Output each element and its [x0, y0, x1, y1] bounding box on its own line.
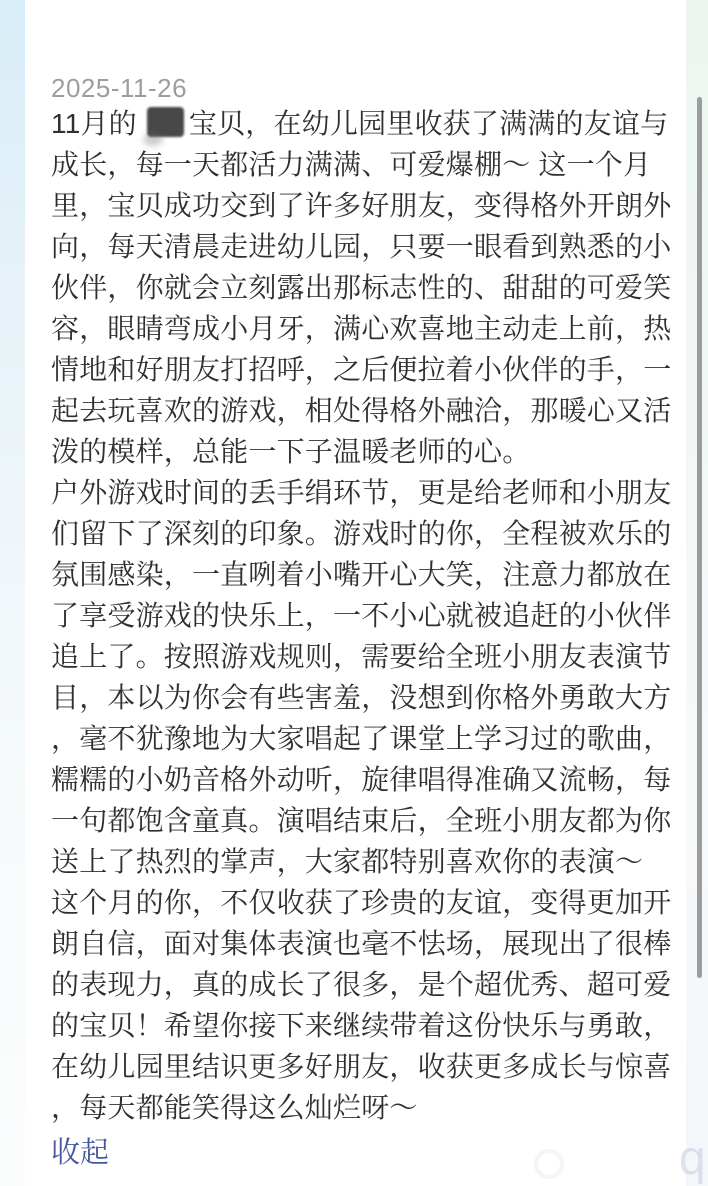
text-line: 了享受游戏的快乐上，一不小心就被追赶的小伙伴 — [51, 595, 674, 636]
watermark-circle-icon — [534, 1149, 564, 1179]
text-line: 这个月的你，不仅收获了珍贵的友谊，变得更加开 — [51, 882, 674, 923]
text-line: 氛围感染，一直咧着小嘴开心大笑，注意力都放在 — [51, 554, 674, 595]
text-line: 在幼儿园里结识更多好朋友，收获更多成长与惊喜 — [51, 1046, 674, 1087]
scrollbar-thumb[interactable] — [697, 97, 702, 978]
name-redaction — [147, 107, 184, 137]
text-line: 起去玩喜欢的游戏，相处得格外融洽，那暖心又活 — [51, 390, 674, 431]
text-lines: 成长，每一天都活力满满、可爱爆棚～ 这一个月里，宝贝成功交到了许多好朋友，变得格… — [51, 144, 674, 1128]
text-line: 一句都饱含童真。演唱结束后，全班小朋友都为你 — [51, 800, 674, 841]
text-line: 追上了。按照游戏规则，需要给全班小朋友表演节 — [51, 636, 674, 677]
collapse-link[interactable]: 收起 — [51, 1135, 109, 1171]
text-line: ，每天都能笑得这么灿烂呀～ — [51, 1087, 674, 1128]
text-line: 情地和好朋友打招呼，之后便拉着小伙伴的手，一 — [51, 349, 674, 390]
text-line: ，毫不犹豫地为大家唱起了课堂上学习过的歌曲， — [51, 718, 674, 759]
text-line-first-suffix: 宝贝，在幼儿园里收获了满满的友谊与 — [189, 108, 668, 139]
text-line: 伙伴，你就会立刻露出那标志性的、甜甜的可爱笑 — [51, 267, 674, 308]
text-line: 的表现力，真的成长了很多，是个超优秀、超可爱 — [51, 964, 674, 1005]
post-date: 2025-11-26 — [51, 73, 674, 103]
text-line: 送上了热烈的掌声，大家都特别喜欢你的表演～ — [51, 841, 674, 882]
text-line: 目，本以为你会有些害羞，没想到你格外勇敢大方 — [51, 677, 674, 718]
text-line: 的宝贝！希望你接下来继续带着这份快乐与勇敢， — [51, 1005, 674, 1046]
text-line: 朗自信，面对集体表演也毫不怯场，展现出了很棒 — [51, 923, 674, 964]
left-gutter-background — [0, 0, 25, 1186]
text-line: 们留下了深刻的印象。游戏时的你，全程被欢乐的 — [51, 513, 674, 554]
text-line-first-prefix: 11月的 — [51, 108, 137, 139]
watermark-letter: q — [679, 1133, 706, 1185]
text-line: 向，每天清晨走进幼儿园，只要一眼看到熟悉的小 — [51, 226, 674, 267]
post-card: 2025-11-26 11月的宝贝，在幼儿园里收获了满满的友谊与 成长，每一天都… — [25, 4, 686, 1186]
text-line: 里，宝贝成功交到了许多好朋友，变得格外开朗外 — [51, 185, 674, 226]
text-line: 泼的模样，总能一下子温暖老师的心。 — [51, 431, 674, 472]
text-line: 成长，每一天都活力满满、可爱爆棚～ 这一个月 — [51, 144, 674, 185]
text-line: 户外游戏时间的丢手绢环节，更是给老师和小朋友 — [51, 472, 674, 513]
text-line: 容，眼睛弯成小月牙，满心欢喜地主动走上前，热 — [51, 308, 674, 349]
text-line-first: 11月的宝贝，在幼儿园里收获了满满的友谊与 — [51, 103, 674, 144]
text-line: 糯糯的小奶音格外动听，旋律唱得准确又流畅，每 — [51, 759, 674, 800]
post-body: 11月的宝贝，在幼儿园里收获了满满的友谊与 成长，每一天都活力满满、可爱爆棚～ … — [51, 103, 674, 1128]
